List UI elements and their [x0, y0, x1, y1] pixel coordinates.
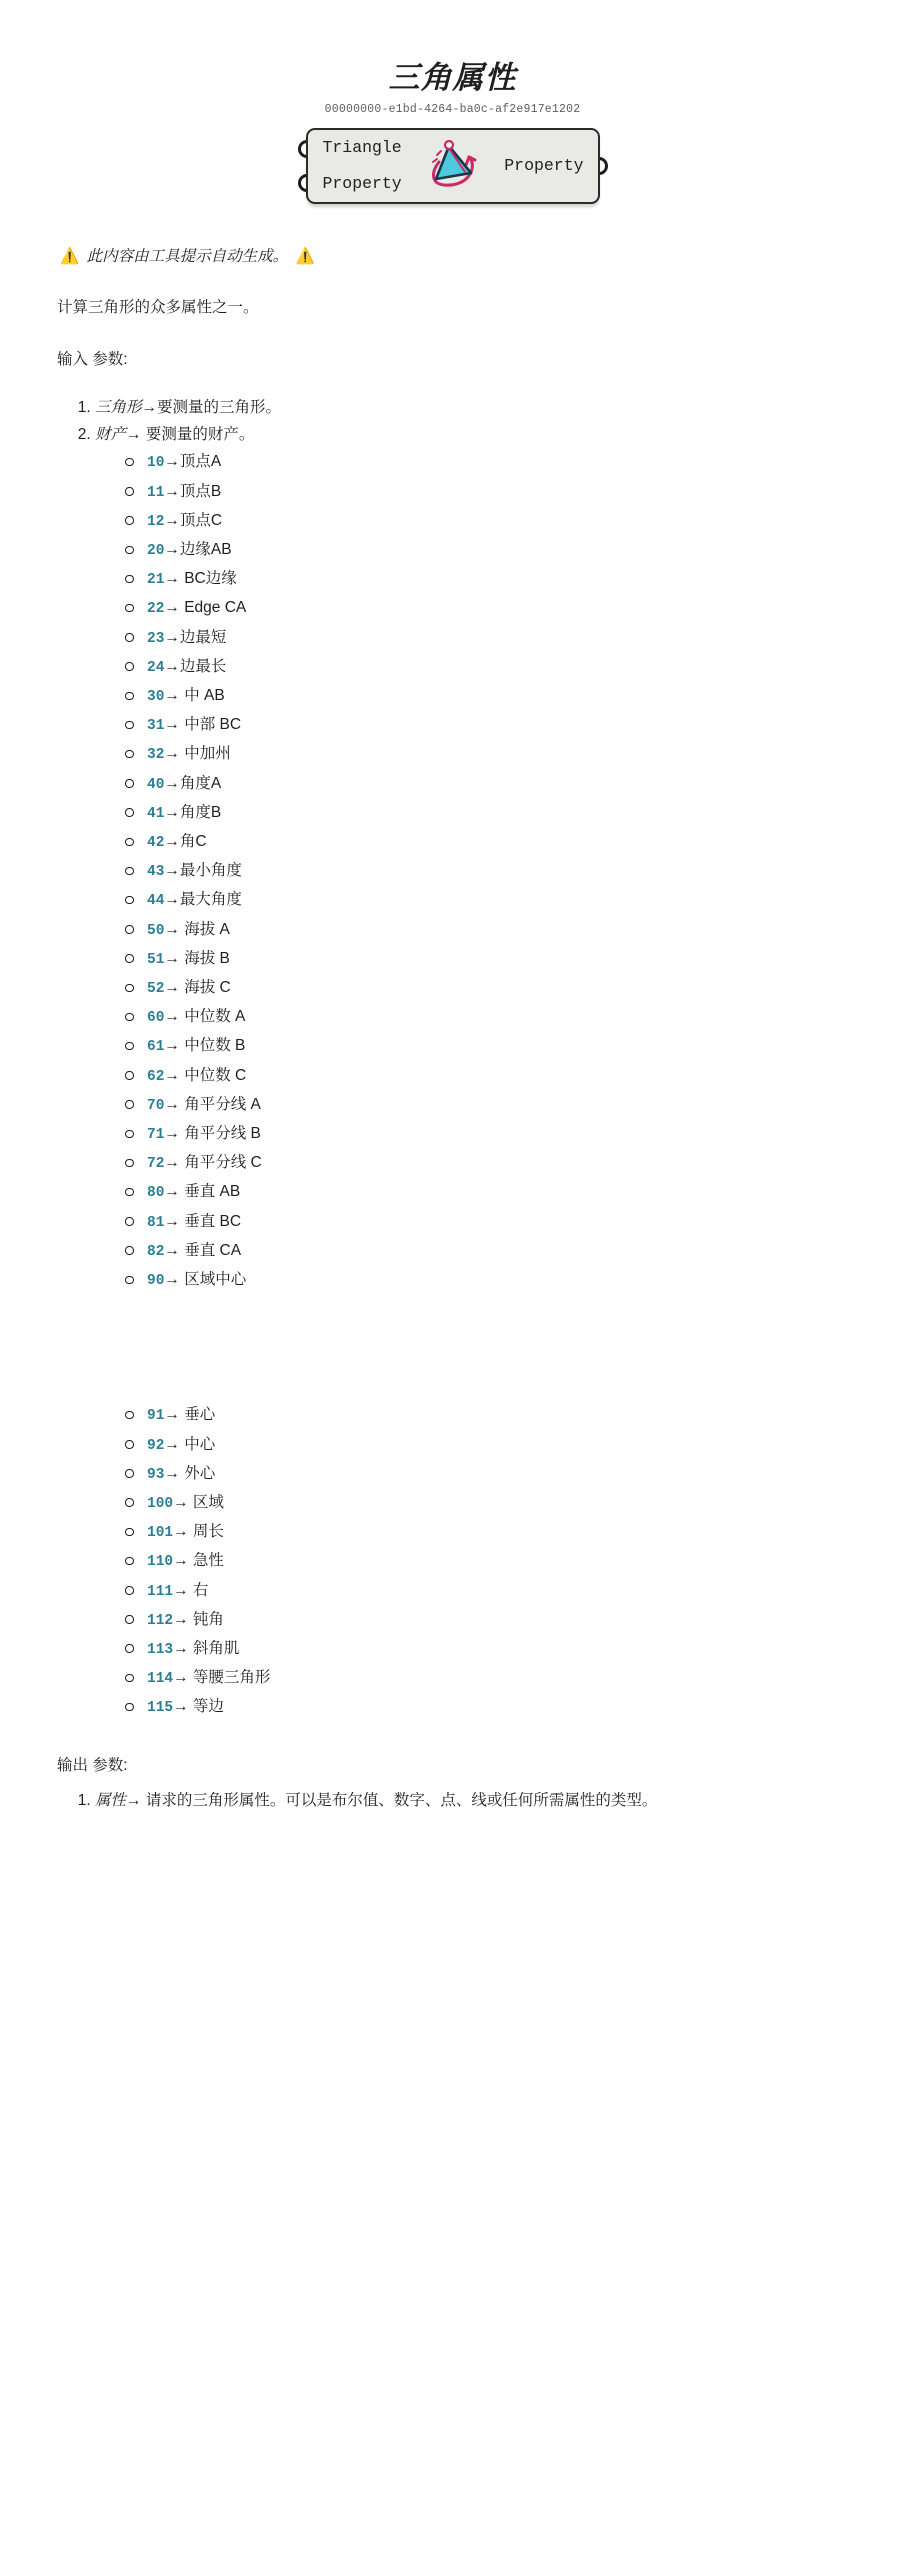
property-code-label: → 海拔 B	[164, 950, 229, 967]
property-code-item: 80→ 垂直 AB	[125, 1178, 848, 1207]
property-code: 70	[147, 1098, 164, 1114]
property-code-label: → 等边	[173, 1698, 224, 1715]
property-code-label: →顶点B	[164, 483, 221, 500]
property-code-label: → 垂直 AB	[164, 1183, 240, 1200]
property-code-label: → 垂直 BC	[164, 1213, 241, 1230]
property-code-label: → 海拔 A	[164, 921, 229, 938]
property-code-label: → 角平分线 B	[164, 1125, 260, 1142]
param-desc: →要测量的三角形。	[142, 399, 282, 416]
property-code-label: → 中位数 A	[164, 1008, 245, 1025]
property-code-label: →角C	[164, 833, 206, 850]
property-code-label: →边缘AB	[164, 541, 231, 558]
property-code-label: →顶点C	[164, 512, 222, 529]
property-code-item: 40→角度A	[125, 770, 848, 799]
property-code: 113	[147, 1642, 173, 1658]
output-params-list: 属性→ 请求的三角形属性。可以是布尔值、数字、点、线或任何所需属性的类型。	[57, 1787, 848, 1814]
property-code-item: 112→ 钝角	[125, 1606, 848, 1635]
property-code-label: → 垂心	[164, 1406, 215, 1423]
property-code: 50	[147, 923, 164, 939]
property-code: 51	[147, 952, 164, 968]
property-code-label: →最大角度	[164, 891, 242, 908]
property-code: 110	[147, 1554, 173, 1570]
property-code-item: 82→ 垂直 CA	[125, 1237, 848, 1266]
property-code-item: 31→ 中部 BC	[125, 711, 848, 740]
property-code-item: 24→边最长	[125, 653, 848, 682]
property-code-label: →顶点A	[164, 453, 221, 470]
property-code-label: →最小角度	[164, 862, 242, 879]
property-codes-group2: 91→ 垂心92→ 中心93→ 外心100→ 区域101→ 周长110→ 急性1…	[95, 1401, 848, 1722]
property-code-item: 23→边最短	[125, 624, 848, 653]
property-code: 112	[147, 1613, 173, 1629]
content-gap	[95, 1295, 848, 1401]
property-code-label: → BC边缘	[164, 570, 236, 587]
property-code-item: 101→ 周长	[125, 1518, 848, 1547]
param-name: 属性	[95, 1792, 126, 1809]
property-code-label: → 中位数 B	[164, 1037, 245, 1054]
property-code-label: → 中位数 C	[164, 1067, 246, 1084]
property-code: 115	[147, 1700, 173, 1716]
property-code-item: 115→ 等边	[125, 1693, 848, 1722]
property-code-label: →边最短	[164, 629, 226, 646]
property-code: 21	[147, 572, 164, 588]
page-title: 三角属性	[57, 52, 848, 97]
triangle-property-icon	[428, 138, 478, 195]
param-desc: → 要测量的财产。	[126, 426, 254, 443]
property-code-item: 113→ 斜角肌	[125, 1635, 848, 1664]
property-code: 114	[147, 1671, 173, 1687]
property-code-label: → 海拔 C	[164, 979, 230, 996]
property-code-item: 71→ 角平分线 B	[125, 1120, 848, 1149]
property-code-item: 12→顶点C	[125, 507, 848, 536]
property-code: 90	[147, 1273, 164, 1289]
param-name: 财产	[95, 426, 126, 443]
property-code: 80	[147, 1185, 164, 1201]
document-page: 三角属性 00000000-e1bd-4264-ba0c-af2e917e120…	[0, 52, 905, 1814]
property-code-item: 10→顶点A	[125, 448, 848, 477]
property-code: 62	[147, 1069, 164, 1085]
property-code-item: 61→ 中位数 B	[125, 1032, 848, 1061]
property-code-item: 100→ 区域	[125, 1489, 848, 1518]
property-code-label: → 角平分线 A	[164, 1096, 260, 1113]
property-code-item: 44→最大角度	[125, 886, 848, 915]
property-code-item: 92→ 中心	[125, 1431, 848, 1460]
warning-text: 此内容由工具提示自动生成。	[87, 248, 289, 265]
property-code-item: 81→ 垂直 BC	[125, 1208, 848, 1237]
property-code-item: 32→ 中加州	[125, 740, 848, 769]
param-desc: → 请求的三角形属性。可以是布尔值、数字、点、线或任何所需属性的类型。	[126, 1792, 657, 1809]
grasshopper-component: Triangle Property Property	[306, 128, 600, 204]
property-code-item: 52→ 海拔 C	[125, 974, 848, 1003]
property-code-item: 111→ 右	[125, 1577, 848, 1606]
property-code-label: → 等腰三角形	[173, 1669, 270, 1686]
property-code-label: → 中加州	[164, 745, 230, 762]
property-code: 23	[147, 631, 164, 647]
property-code: 42	[147, 835, 164, 851]
property-code-item: 93→ 外心	[125, 1460, 848, 1489]
property-code: 12	[147, 514, 164, 530]
input-param-property: 财产→ 要测量的财产。 10→顶点A11→顶点B12→顶点C20→边缘AB21→…	[95, 421, 848, 1722]
property-code-label: → 角平分线 C	[164, 1154, 261, 1171]
property-code-item: 62→ 中位数 C	[125, 1062, 848, 1091]
warning-icon-trailing: ⚠️	[295, 248, 314, 265]
component-uuid: 00000000-e1bd-4264-ba0c-af2e917e1202	[57, 103, 848, 116]
property-code-item: 11→顶点B	[125, 478, 848, 507]
property-code-label: → 周长	[173, 1523, 224, 1540]
property-code-item: 43→最小角度	[125, 857, 848, 886]
property-code: 30	[147, 689, 164, 705]
property-code: 32	[147, 747, 164, 763]
property-code-item: 51→ 海拔 B	[125, 945, 848, 974]
property-code-item: 41→角度B	[125, 799, 848, 828]
property-code-item: 114→ 等腰三角形	[125, 1664, 848, 1693]
property-code: 72	[147, 1156, 164, 1172]
property-code-item: 42→角C	[125, 828, 848, 857]
warning-icon: ⚠️	[60, 248, 79, 265]
property-code-label: →角度B	[164, 804, 221, 821]
component-input-property: Property	[323, 171, 402, 197]
property-code-label: →边最长	[164, 658, 226, 675]
property-code: 101	[147, 1525, 173, 1541]
property-code-label: → 中部 BC	[164, 716, 241, 733]
outputs-heading: 输出 参数:	[57, 1753, 848, 1775]
property-code: 40	[147, 777, 164, 793]
property-code-item: 70→ 角平分线 A	[125, 1091, 848, 1120]
component-description: 计算三角形的众多属性之一。	[57, 295, 848, 317]
property-code: 91	[147, 1408, 164, 1424]
property-code-item: 60→ 中位数 A	[125, 1003, 848, 1032]
property-code-item: 21→ BC边缘	[125, 565, 848, 594]
property-code-item: 20→边缘AB	[125, 536, 848, 565]
auto-generated-warning: ⚠️ 此内容由工具提示自动生成。 ⚠️	[57, 244, 848, 266]
property-code-label: → 外心	[164, 1465, 215, 1482]
component-input-triangle: Triangle	[323, 135, 402, 161]
property-code-label: → 中心	[164, 1436, 215, 1453]
property-code-label: → 区域	[173, 1494, 224, 1511]
property-code-label: → 中 AB	[164, 687, 224, 704]
property-code: 81	[147, 1215, 164, 1231]
inputs-heading: 输入 参数:	[57, 347, 848, 369]
property-code-label: → 区域中心	[164, 1271, 246, 1288]
property-code-item: 72→ 角平分线 C	[125, 1149, 848, 1178]
property-code: 41	[147, 806, 164, 822]
property-code: 71	[147, 1127, 164, 1143]
property-code: 60	[147, 1010, 164, 1026]
property-code: 111	[147, 1584, 173, 1600]
property-code: 31	[147, 718, 164, 734]
property-code-item: 91→ 垂心	[125, 1401, 848, 1430]
output-param-property: 属性→ 请求的三角形属性。可以是布尔值、数字、点、线或任何所需属性的类型。	[95, 1787, 848, 1814]
property-code: 24	[147, 660, 164, 676]
component-output-property: Property	[504, 153, 583, 179]
property-code: 44	[147, 893, 164, 909]
property-code: 43	[147, 864, 164, 880]
property-code-item: 50→ 海拔 A	[125, 916, 848, 945]
property-code: 22	[147, 601, 164, 617]
property-code: 92	[147, 1438, 164, 1454]
param-name: 三角形	[95, 399, 142, 416]
property-code: 93	[147, 1467, 164, 1483]
property-code-label: → Edge CA	[164, 599, 246, 616]
property-code: 52	[147, 981, 164, 997]
property-code-label: →角度A	[164, 775, 221, 792]
property-code: 20	[147, 543, 164, 559]
property-code-label: → 急性	[173, 1552, 224, 1569]
property-code: 61	[147, 1039, 164, 1055]
input-params-list: 三角形→要测量的三角形。 财产→ 要测量的财产。 10→顶点A11→顶点B12→…	[57, 394, 848, 1723]
property-code-label: → 垂直 CA	[164, 1242, 241, 1259]
property-code: 11	[147, 485, 164, 501]
component-box: Triangle Property Property	[306, 128, 600, 204]
property-code-label: → 钝角	[173, 1611, 224, 1628]
property-codes-group1: 10→顶点A11→顶点B12→顶点C20→边缘AB21→ BC边缘22→ Edg…	[95, 448, 848, 1295]
property-code: 10	[147, 455, 164, 471]
input-param-triangle: 三角形→要测量的三角形。	[95, 394, 848, 421]
property-code-label: → 右	[173, 1582, 208, 1599]
property-code-item: 30→ 中 AB	[125, 682, 848, 711]
component-inputs: Triangle Property	[323, 132, 402, 200]
property-code: 100	[147, 1496, 173, 1512]
property-code-item: 90→ 区域中心	[125, 1266, 848, 1295]
property-code-item: 22→ Edge CA	[125, 594, 848, 623]
property-code: 82	[147, 1244, 164, 1260]
property-code-label: → 斜角肌	[173, 1640, 239, 1657]
property-code-item: 110→ 急性	[125, 1547, 848, 1576]
